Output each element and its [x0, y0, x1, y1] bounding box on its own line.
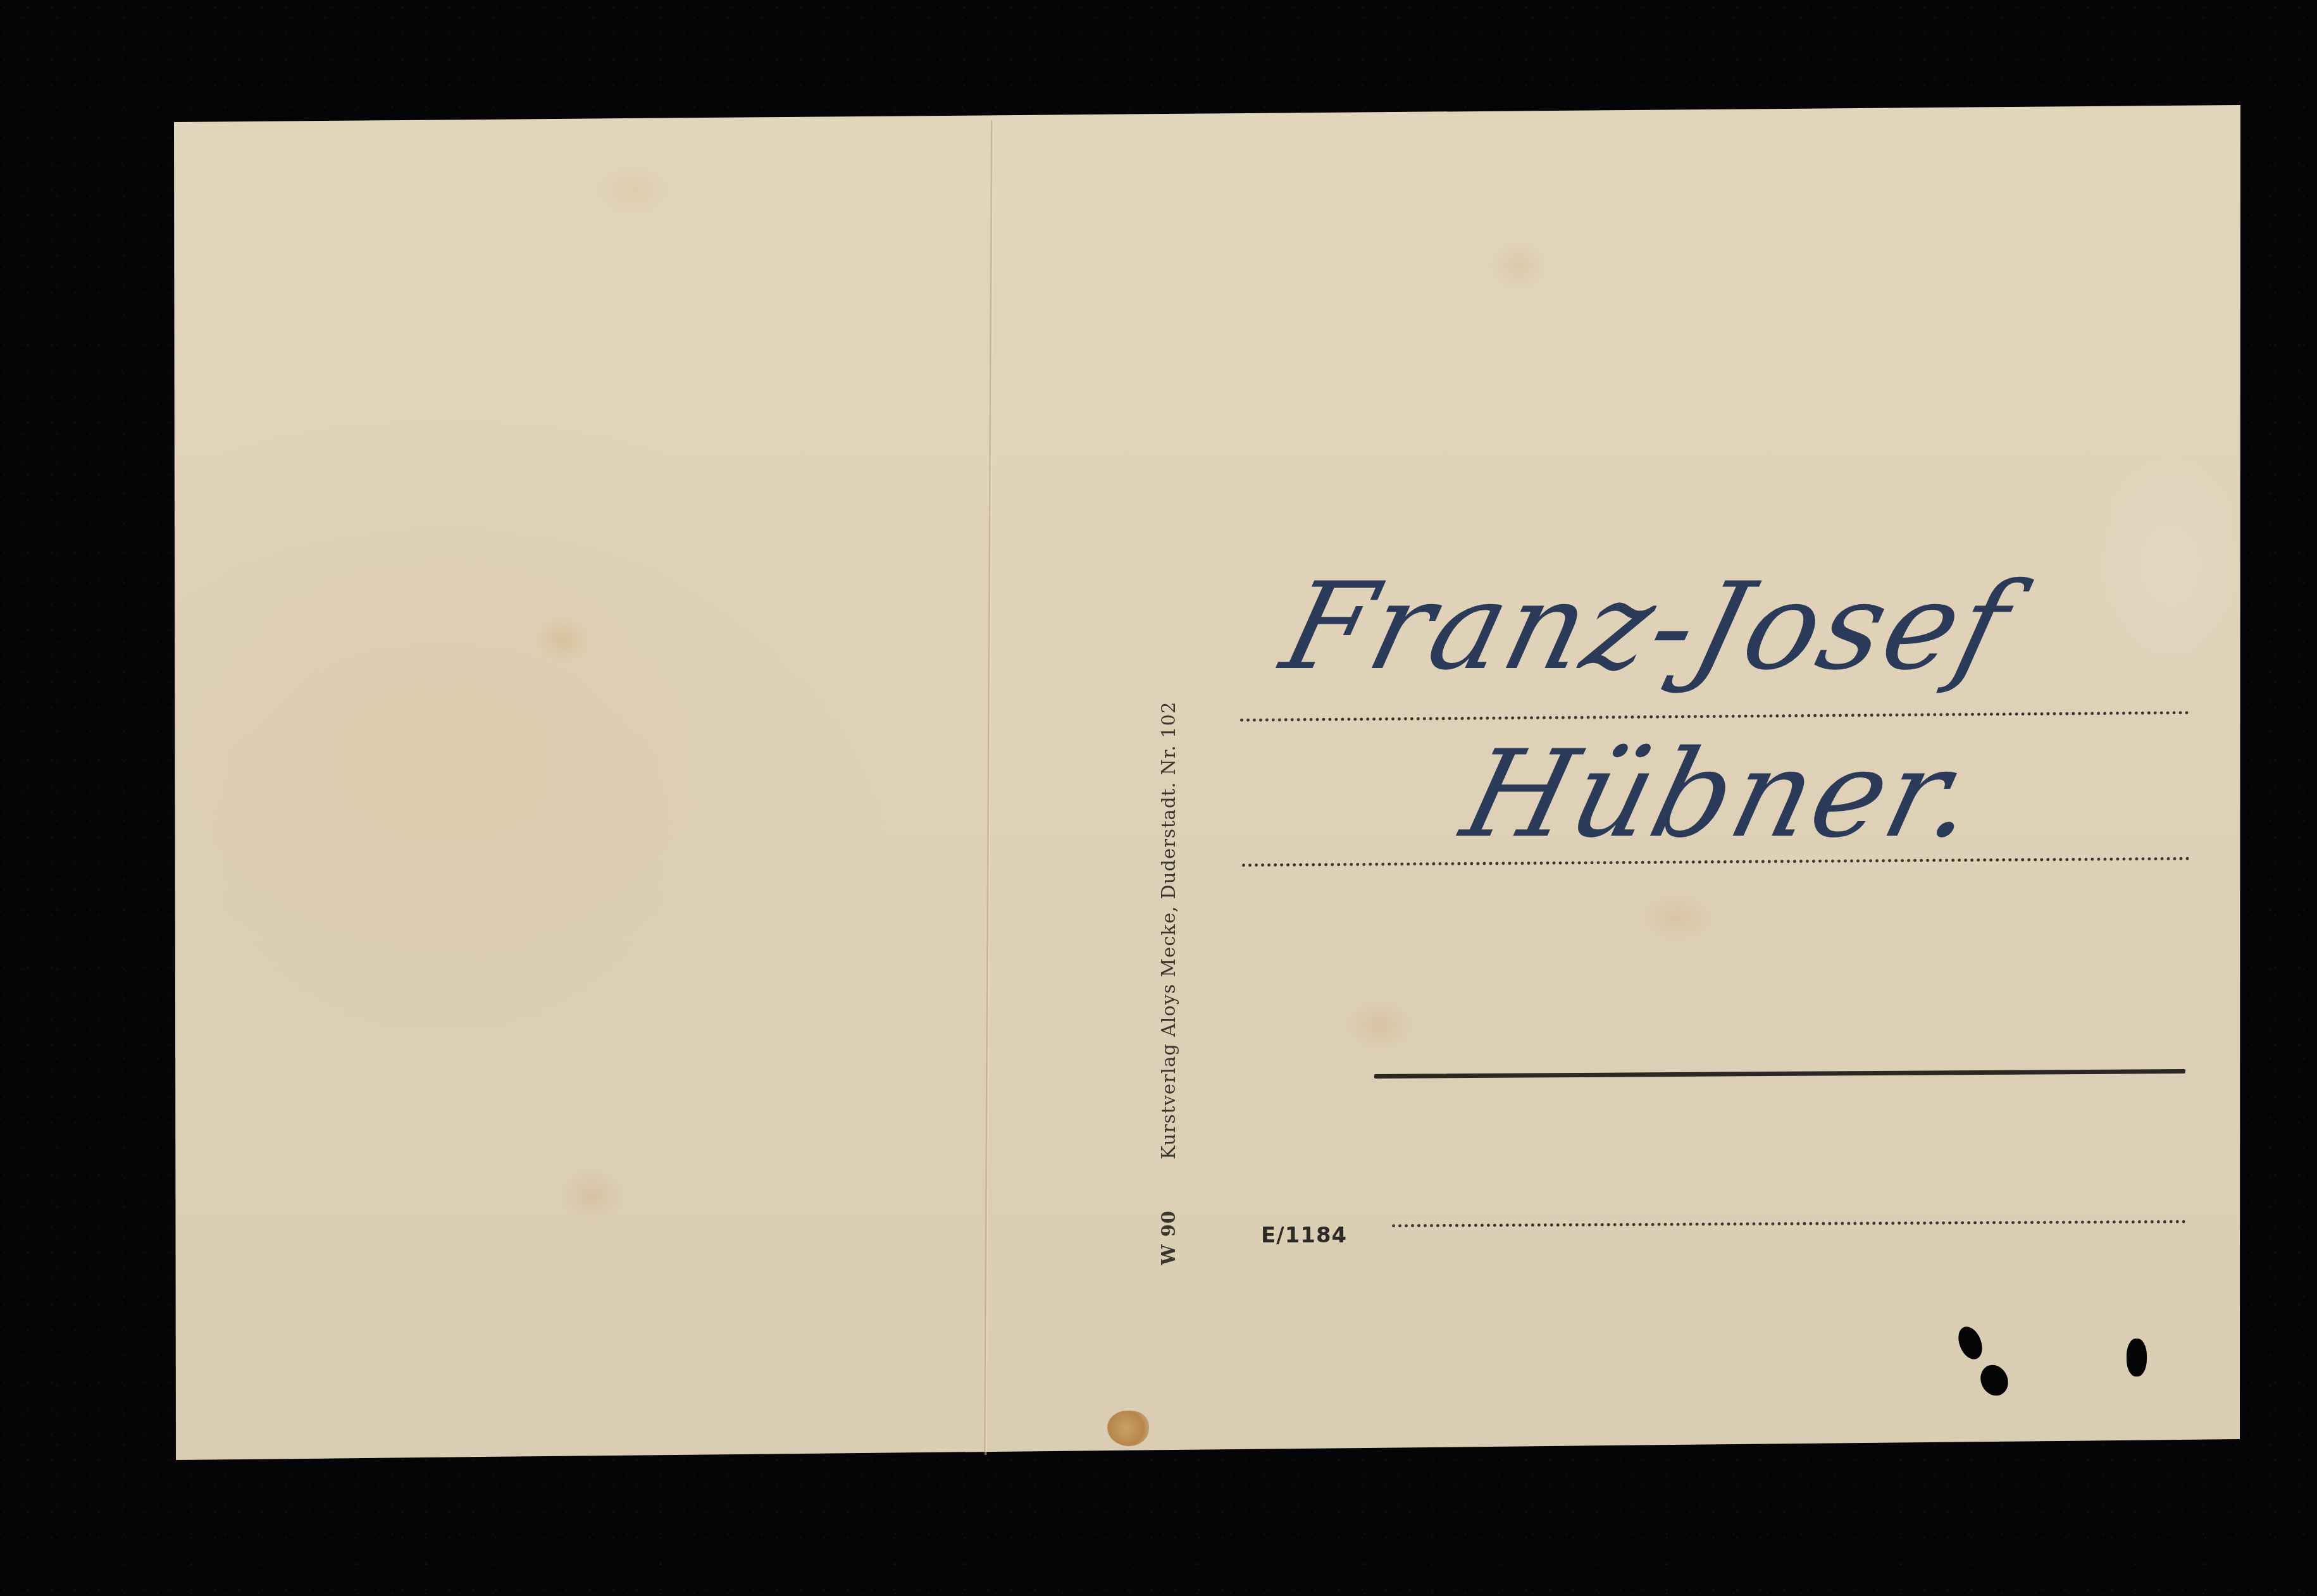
stamp-code: E/1184 — [1261, 1223, 1347, 1248]
publisher-text: Kurstverlag Aloys Mecke, Duderstadt. Nr.… — [1158, 702, 1179, 1160]
rust-stain — [1107, 1411, 1149, 1446]
publisher-imprint: W 90 Kurstverlag Aloys Mecke, Duderstadt… — [1158, 702, 1179, 1265]
address-line-1: Franz-Josef — [1270, 557, 2025, 696]
punch-hole — [2127, 1339, 2147, 1376]
series-number: W 90 — [1158, 1210, 1179, 1265]
address-line-2: Hübner. — [1450, 724, 1993, 864]
